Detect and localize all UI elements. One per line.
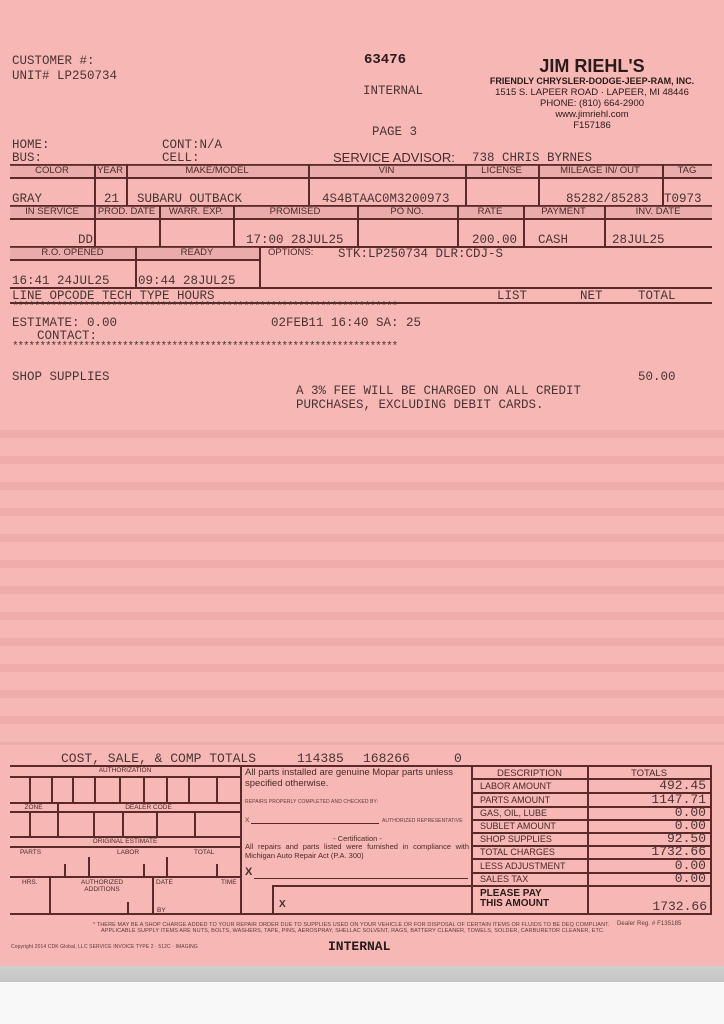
grid-line bbox=[143, 776, 145, 802]
grid-line bbox=[93, 811, 95, 836]
grid-line bbox=[240, 765, 242, 914]
authorized-additions-label: AUTHORIZED ADDITIONS bbox=[75, 879, 129, 893]
footer-copy-type: INTERNAL bbox=[328, 939, 390, 954]
grid-line bbox=[472, 885, 711, 887]
authorized-rep-label: AUTHORIZED REPRESENTATIVE bbox=[382, 818, 463, 824]
dealer-phone: PHONE: (810) 664-2900 bbox=[472, 98, 712, 109]
inv-date-value: 28JUL25 bbox=[612, 233, 665, 247]
totals-row-label: SHOP SUPPLIES bbox=[480, 834, 552, 844]
totals-row-value: 492.45 bbox=[659, 778, 706, 793]
col-in-service-header: IN SERVICE bbox=[10, 206, 94, 217]
shop-supplies-label: SHOP SUPPLIES bbox=[12, 370, 110, 384]
payment-value: CASH bbox=[538, 233, 568, 247]
dealer-reg: Dealer Reg. # F135185 bbox=[617, 921, 681, 927]
grid-line bbox=[152, 876, 154, 914]
grid-line bbox=[216, 864, 218, 876]
dealer-form-id: F157186 bbox=[472, 120, 712, 131]
grid-line bbox=[64, 864, 66, 876]
totals-row-value: 0.00 bbox=[675, 871, 706, 886]
grid-line bbox=[259, 246, 261, 287]
col-rate-header: RATE bbox=[457, 206, 523, 217]
please-pay-label-2: THIS AMOUNT bbox=[480, 899, 549, 909]
shop-supplies-value: 50.00 bbox=[638, 370, 676, 384]
grid-line bbox=[51, 776, 53, 802]
totals-row-label: LABOR AMOUNT bbox=[480, 781, 552, 791]
dealer-tagline: FRIENDLY CHRYSLER-DODGE-JEEP-RAM, INC. bbox=[472, 76, 712, 87]
grid-line bbox=[156, 811, 158, 836]
grid-line bbox=[166, 776, 168, 802]
grid-line bbox=[272, 885, 274, 914]
rate-value: 200.00 bbox=[472, 233, 517, 247]
bus-phone-label: BUS: bbox=[12, 151, 42, 165]
col-license-header: LICENSE bbox=[465, 165, 538, 176]
separator-stars: ****************************************… bbox=[12, 341, 397, 353]
col-ro-opened-header: R.O. OPENED bbox=[10, 247, 135, 258]
service-advisor-label: SERVICE ADVISOR: bbox=[333, 150, 455, 165]
totals-row-label: SUBLET AMOUNT bbox=[480, 821, 556, 831]
signature-x-mark: X bbox=[245, 817, 249, 824]
grid-line bbox=[94, 776, 96, 802]
totals-row-label: SALES TAX bbox=[480, 874, 528, 884]
vehicle-tag: T0973 bbox=[664, 192, 702, 206]
totals-row-label: LESS ADJUSTMENT bbox=[480, 861, 566, 871]
vehicle-make-model: SUBARU OUTBACK bbox=[137, 192, 242, 206]
grid-line bbox=[10, 876, 240, 878]
options-label: OPTIONS: bbox=[268, 247, 313, 258]
zone-label: ZONE bbox=[10, 804, 57, 811]
customer-signature-x: X bbox=[245, 866, 252, 878]
scan-background bbox=[0, 982, 724, 1024]
pay-signature-x: X bbox=[279, 899, 286, 910]
dealer-address: 1515 S. LAPEER ROAD · LAPEER, MI 48446 bbox=[472, 87, 712, 98]
col-net-header: NET bbox=[580, 289, 603, 303]
col-year-header: YEAR bbox=[94, 165, 126, 176]
repairs-checked-label: REPAIRS PROPERLY COMPLETED AND CHECKED B… bbox=[245, 799, 378, 805]
original-estimate-label: ORIGINAL ESTIMATE bbox=[10, 838, 240, 845]
col-warr-exp-header: WARR. EXP. bbox=[159, 206, 233, 217]
page-number: PAGE 3 bbox=[372, 125, 417, 139]
vehicle-year: 21 bbox=[104, 192, 119, 206]
comp-total: 0 bbox=[454, 751, 462, 766]
vehicle-vin: 4S4BTAAC0M3200973 bbox=[322, 192, 450, 206]
grid-line bbox=[88, 857, 90, 876]
options-value: STK:LP250734 DLR:CDJ-S bbox=[338, 247, 503, 261]
col-payment-header: PAYMENT bbox=[523, 206, 604, 217]
dealer-block: JIM RIEHL'S FRIENDLY CHRYSLER-DODGE-JEEP… bbox=[472, 56, 712, 131]
date-label: DATE bbox=[156, 879, 173, 886]
grid-line bbox=[10, 218, 712, 220]
fee-notice-line1: A 3% FEE WILL BE CHARGED ON ALL CREDIT bbox=[296, 384, 581, 398]
estimate-timestamp: 02FEB11 16:40 SA: 25 bbox=[271, 316, 421, 330]
totals-row-value: 1732.66 bbox=[651, 844, 706, 859]
contact-label: CONT:N/A bbox=[162, 138, 222, 152]
time-label: TIME bbox=[221, 879, 237, 886]
col-promised-header: PROMISED bbox=[233, 206, 357, 217]
grid-line bbox=[119, 776, 121, 802]
grid-line bbox=[10, 846, 240, 848]
grid-line bbox=[166, 857, 168, 876]
total-label: TOTAL bbox=[194, 849, 214, 856]
amount-due: 1732.66 bbox=[652, 899, 707, 914]
customer-label: CUSTOMER #: bbox=[12, 54, 95, 68]
grid-line bbox=[216, 776, 218, 802]
sale-total: 168266 bbox=[363, 751, 410, 766]
promised-value: 17:00 28JUL25 bbox=[246, 233, 344, 247]
col-color-header: COLOR bbox=[10, 165, 94, 176]
grid-line bbox=[194, 811, 196, 836]
grid-line bbox=[29, 776, 31, 802]
service-advisor-value: 738 CHRIS BYRNES bbox=[472, 151, 592, 165]
col-vin-header: VIN bbox=[308, 165, 465, 176]
ro-number: 63476 bbox=[364, 52, 406, 68]
dealer-name: JIM RIEHL'S bbox=[472, 56, 712, 76]
col-prod-date-header: PROD. DATE bbox=[94, 206, 159, 217]
grid-line bbox=[57, 811, 59, 836]
totals-row-label: PARTS AMOUNT bbox=[480, 795, 550, 805]
vehicle-color: GRAY bbox=[12, 192, 42, 206]
col-make-header: MAKE/MODEL bbox=[126, 165, 308, 176]
cell-label: CELL: bbox=[162, 151, 200, 165]
col-total-header: TOTAL bbox=[638, 289, 676, 303]
grid-line bbox=[10, 177, 712, 179]
signature-line[interactable] bbox=[251, 823, 379, 824]
grid-line bbox=[72, 776, 74, 802]
grid-line bbox=[122, 811, 124, 836]
col-po-header: PO NO. bbox=[357, 206, 457, 217]
col-mileage-header: MILEAGE IN/ OUT bbox=[538, 165, 662, 176]
grid-line bbox=[272, 885, 472, 887]
dealer-website: www.jimriehl.com bbox=[472, 109, 712, 120]
certification-text: All repairs and parts listed were furnis… bbox=[245, 842, 469, 860]
grid-line bbox=[143, 864, 145, 876]
csc-totals-label: COST, SALE, & COMP TOTALS bbox=[61, 751, 256, 766]
col-tag-header: TAG bbox=[662, 165, 712, 176]
home-phone-label: HOME: bbox=[12, 138, 50, 152]
separator-stars: ****************************************… bbox=[12, 301, 397, 313]
col-ready-header: READY bbox=[135, 247, 259, 258]
customer-signature-line[interactable] bbox=[254, 878, 468, 879]
grid-line bbox=[49, 876, 51, 914]
authorization-label: AUTHORIZATION bbox=[10, 767, 240, 774]
mopar-notice: All parts installed are genuine Mopar pa… bbox=[245, 767, 470, 789]
totals-row-label: TOTAL CHARGES bbox=[480, 847, 555, 857]
vehicle-mileage: 85282/85283 bbox=[566, 192, 649, 206]
grid-line bbox=[29, 811, 31, 836]
ro-opened-value: 16:41 24JUL25 bbox=[12, 274, 110, 288]
col-list-header: LIST bbox=[497, 289, 527, 303]
in-service-value: DD bbox=[78, 233, 93, 247]
grid-line bbox=[10, 776, 240, 778]
copy-type: INTERNAL bbox=[363, 84, 423, 98]
estimate-value: ESTIMATE: 0.00 bbox=[12, 316, 117, 330]
totals-row-label: GAS, OIL, LUBE bbox=[480, 808, 547, 818]
grid-line bbox=[10, 811, 240, 813]
parts-label: PARTS bbox=[20, 849, 41, 856]
unit-number: UNIT# LP250734 bbox=[12, 69, 117, 83]
copyright: Copyright 2014 CDK Global, LLC SERVICE I… bbox=[11, 944, 198, 950]
grid-line bbox=[10, 913, 712, 915]
dealer-code-label: DEALER CODE bbox=[57, 804, 240, 811]
shop-charge-disclaimer-2: APPLICABLE SUPPLY ITEMS ARE NUTS, BOLTS,… bbox=[101, 928, 605, 934]
labor-label: LABOR bbox=[117, 849, 139, 856]
col-inv-date-header: INV. DATE bbox=[604, 206, 712, 217]
hrs-label: HRS. bbox=[22, 879, 38, 886]
ready-value: 09:44 28JUL25 bbox=[138, 274, 236, 288]
cost-total: 114385 bbox=[297, 751, 344, 766]
paper-shadow bbox=[0, 966, 724, 982]
fee-notice-line2: PURCHASES, EXCLUDING DEBIT CARDS. bbox=[296, 398, 544, 412]
grid-line bbox=[188, 776, 190, 802]
